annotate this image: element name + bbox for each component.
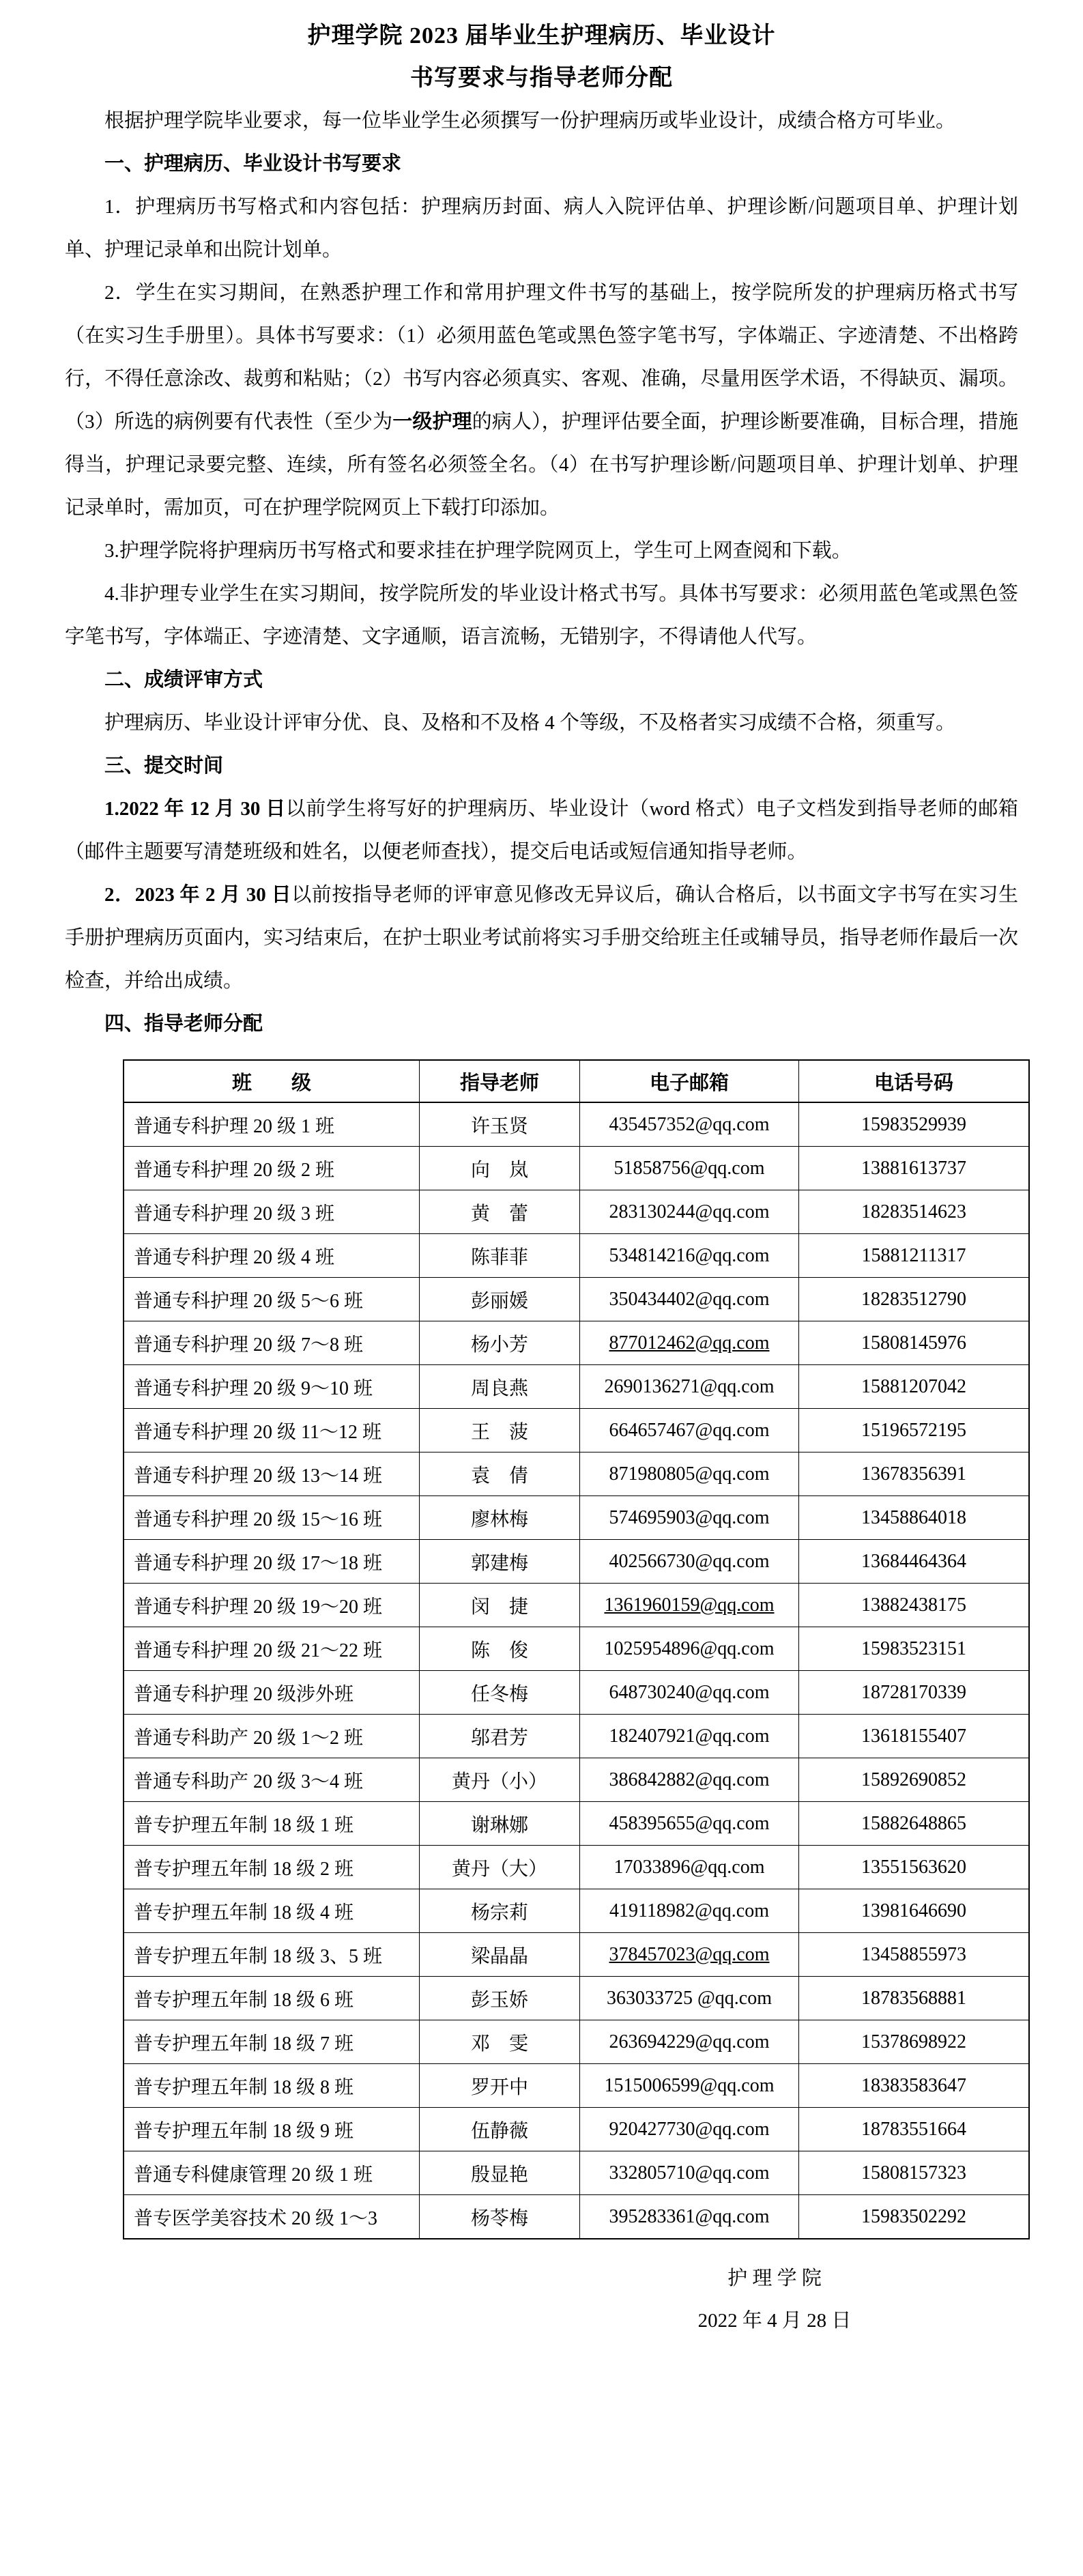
- table-row: 普通专科护理 20 级 17～18 班郭建梅402566730@qq.com13…: [124, 1540, 1029, 1584]
- email-cell: 534814216@qq.com: [580, 1234, 799, 1278]
- phone-cell: 18728170339: [799, 1671, 1030, 1715]
- phone-cell: 15808157323: [799, 2151, 1030, 2195]
- table-row: 普通专科护理 20 级 11～12 班王 菠664657467@qq.com15…: [124, 1409, 1029, 1452]
- email-cell: 920427730@qq.com: [580, 2108, 799, 2151]
- table-row: 普专医学美容技术 20 级 1～3杨苓梅395283361@qq.com1598…: [124, 2195, 1029, 2239]
- email-cell: 182407921@qq.com: [580, 1715, 799, 1758]
- document-title-line-1: 护理学院 2023 届毕业生护理病历、毕业设计: [65, 15, 1018, 57]
- class-cell: 普通专科护理 20 级 5～6 班: [124, 1278, 420, 1321]
- email-text: 458395655@qq.com: [609, 1813, 770, 1834]
- teacher-cell: 黄 蕾: [420, 1190, 580, 1234]
- email-link[interactable]: 877012462@qq.com: [609, 1332, 770, 1354]
- phone-cell: 15892690852: [799, 1758, 1030, 1802]
- table-row: 普专护理五年制 18 级 6 班彭玉娇363033725 @qq.com1878…: [124, 1977, 1029, 2020]
- submission-item-1: 1.2022 年 12 月 30 日以前学生将写好的护理病历、毕业设计（word…: [65, 788, 1018, 874]
- class-cell: 普专护理五年制 18 级 4 班: [124, 1889, 420, 1933]
- class-cell: 普专护理五年制 18 级 6 班: [124, 1977, 420, 2020]
- email-cell: 435457352@qq.com: [580, 1102, 799, 1147]
- teacher-cell: 袁 倩: [420, 1452, 580, 1496]
- phone-cell: 18783568881: [799, 1977, 1030, 2020]
- header-teacher: 指导老师: [420, 1060, 580, 1102]
- class-cell: 普专护理五年制 18 级 8 班: [124, 2064, 420, 2108]
- phone-cell: 15378698922: [799, 2020, 1030, 2064]
- header-row: 班 级 指导老师 电子邮箱 电话号码: [124, 1060, 1029, 1102]
- email-text: 263694229@qq.com: [609, 2031, 770, 2052]
- table-row: 普专护理五年制 18 级 7 班邓 雯263694229@qq.com15378…: [124, 2020, 1029, 2064]
- email-cell: 1361960159@qq.com: [580, 1584, 799, 1627]
- teacher-cell: 陈菲菲: [420, 1234, 580, 1278]
- email-link[interactable]: 378457023@qq.com: [609, 1944, 770, 1965]
- email-cell: 648730240@qq.com: [580, 1671, 799, 1715]
- phone-cell: 15881211317: [799, 1234, 1030, 1278]
- email-text: 664657467@qq.com: [609, 1420, 770, 1441]
- submission-item-1-date: 1.2022 年 12 月 30 日: [104, 798, 286, 820]
- teacher-cell: 周良燕: [420, 1365, 580, 1409]
- table-row: 普专护理五年制 18 级 9 班伍静薇920427730@qq.com18783…: [124, 2108, 1029, 2151]
- email-text: 1515006599@qq.com: [605, 2075, 775, 2096]
- class-cell: 普通专科护理 20 级 4 班: [124, 1234, 420, 1278]
- teacher-cell: 杨宗莉: [420, 1889, 580, 1933]
- email-cell: 402566730@qq.com: [580, 1540, 799, 1584]
- table-row: 普通专科护理 20 级涉外班任冬梅648730240@qq.com1872817…: [124, 1671, 1029, 1715]
- email-text: 419118982@qq.com: [609, 1900, 769, 1921]
- header-class: 班 级: [124, 1060, 420, 1102]
- teacher-cell: 闵 捷: [420, 1584, 580, 1627]
- teacher-table-body: 普通专科护理 20 级 1 班许玉贤435457352@qq.com159835…: [124, 1102, 1029, 2239]
- email-cell: 332805710@qq.com: [580, 2151, 799, 2195]
- table-row: 普通专科护理 20 级 4 班陈菲菲534814216@qq.com158812…: [124, 1234, 1029, 1278]
- email-text: 332805710@qq.com: [609, 2162, 770, 2184]
- phone-cell: 18383583647: [799, 2064, 1030, 2108]
- document-page: 护理学院 2023 届毕业生护理病历、毕业设计 书写要求与指导老师分配 根据护理…: [0, 0, 1083, 2576]
- class-cell: 普通专科护理 20 级涉外班: [124, 1671, 420, 1715]
- email-cell: 574695903@qq.com: [580, 1496, 799, 1540]
- email-text: 402566730@qq.com: [609, 1551, 770, 1572]
- teacher-table-header: 班 级 指导老师 电子邮箱 电话号码: [124, 1060, 1029, 1102]
- email-cell: 17033896@qq.com: [580, 1846, 799, 1889]
- intro-paragraph: 根据护理学院毕业要求，每一位毕业学生必须撰写一份护理病历或毕业设计，成绩合格方可…: [65, 100, 1018, 143]
- phone-cell: 15881207042: [799, 1365, 1030, 1409]
- section-heading-teacher-assignment: 四、指导老师分配: [65, 1003, 1018, 1046]
- class-cell: 普专护理五年制 18 级 1 班: [124, 1802, 420, 1846]
- table-row: 普专护理五年制 18 级 1 班谢琳娜458395655@qq.com15882…: [124, 1802, 1029, 1846]
- writing-item-4: 4.非护理专业学生在实习期间，按学院所发的毕业设计格式书写。具体书写要求：必须用…: [65, 573, 1018, 659]
- table-row: 普通专科护理 20 级 7～8 班杨小芳877012462@qq.com1580…: [124, 1321, 1029, 1365]
- table-row: 普通专科护理 20 级 21～22 班陈 俊1025954896@qq.com1…: [124, 1627, 1029, 1671]
- phone-cell: 13551563620: [799, 1846, 1030, 1889]
- email-text: 435457352@qq.com: [609, 1114, 770, 1135]
- email-text: 350434402@qq.com: [609, 1289, 770, 1310]
- class-cell: 普通专科健康管理 20 级 1 班: [124, 2151, 420, 2195]
- class-cell: 普通专科护理 20 级 21～22 班: [124, 1627, 420, 1671]
- section-heading-grading: 二、成绩评审方式: [65, 659, 1018, 702]
- teacher-cell: 许玉贤: [420, 1102, 580, 1147]
- class-cell: 普通专科护理 20 级 19～20 班: [124, 1584, 420, 1627]
- class-cell: 普通专科护理 20 级 7～8 班: [124, 1321, 420, 1365]
- writing-item-2: 2．学生在实习期间，在熟悉护理工作和常用护理文件书写的基础上，按学院所发的护理病…: [65, 272, 1018, 530]
- phone-cell: 13882438175: [799, 1584, 1030, 1627]
- header-phone: 电话号码: [799, 1060, 1030, 1102]
- table-row: 普专护理五年制 18 级 3、5 班梁晶晶378457023@qq.com134…: [124, 1933, 1029, 1977]
- class-cell: 普通专科护理 20 级 13～14 班: [124, 1452, 420, 1496]
- phone-cell: 15882648865: [799, 1802, 1030, 1846]
- teacher-cell: 黄丹（大）: [420, 1846, 580, 1889]
- email-text: 283130244@qq.com: [609, 1201, 770, 1222]
- phone-cell: 13678356391: [799, 1452, 1030, 1496]
- class-cell: 普通专科护理 20 级 17～18 班: [124, 1540, 420, 1584]
- email-text: 363033725 @qq.com: [607, 1988, 772, 2009]
- email-cell: 263694229@qq.com: [580, 2020, 799, 2064]
- teacher-cell: 杨苓梅: [420, 2195, 580, 2239]
- email-cell: 419118982@qq.com: [580, 1889, 799, 1933]
- teacher-cell: 任冬梅: [420, 1671, 580, 1715]
- email-cell: 877012462@qq.com: [580, 1321, 799, 1365]
- writing-item-2-text: 2．学生在实习期间，在熟悉护理工作和常用护理文件书写的基础上，按学院所发的护理病…: [65, 282, 1018, 433]
- teacher-cell: 杨小芳: [420, 1321, 580, 1365]
- table-row: 普通专科护理 20 级 5～6 班彭丽媛350434402@qq.com1828…: [124, 1278, 1029, 1321]
- table-row: 普通专科护理 20 级 1 班许玉贤435457352@qq.com159835…: [124, 1102, 1029, 1147]
- table-row: 普通专科助产 20 级 1～2 班邬君芳182407921@qq.com1361…: [124, 1715, 1029, 1758]
- email-cell: 51858756@qq.com: [580, 1147, 799, 1190]
- email-text: 1025954896@qq.com: [605, 1638, 775, 1659]
- section-heading-submission: 三、提交时间: [65, 745, 1018, 788]
- phone-cell: 15983523151: [799, 1627, 1030, 1671]
- teacher-cell: 黄丹（小）: [420, 1758, 580, 1802]
- class-cell: 普专护理五年制 18 级 7 班: [124, 2020, 420, 2064]
- table-row: 普通专科护理 20 级 19～20 班闵 捷1361960159@qq.com1…: [124, 1584, 1029, 1627]
- email-text: 648730240@qq.com: [609, 1682, 770, 1703]
- submission-item-2-date: 2．2023 年 2 月 30 日: [104, 884, 291, 906]
- class-cell: 普通专科护理 20 级 1 班: [124, 1102, 420, 1147]
- class-cell: 普通专科助产 20 级 1～2 班: [124, 1715, 420, 1758]
- class-cell: 普通专科护理 20 级 15～16 班: [124, 1496, 420, 1540]
- class-cell: 普通专科护理 20 级 9～10 班: [124, 1365, 420, 1409]
- header-email: 电子邮箱: [580, 1060, 799, 1102]
- class-cell: 普专护理五年制 18 级 2 班: [124, 1846, 420, 1889]
- grading-paragraph: 护理病历、毕业设计评审分优、良、及格和不及格 4 个等级，不及格者实习成绩不合格…: [65, 702, 1018, 745]
- phone-cell: 13881613737: [799, 1147, 1030, 1190]
- phone-cell: 18283514623: [799, 1190, 1030, 1234]
- teacher-cell: 彭丽媛: [420, 1278, 580, 1321]
- class-cell: 普通专科助产 20 级 3～4 班: [124, 1758, 420, 1802]
- email-text: 2690136271@qq.com: [605, 1376, 775, 1397]
- email-text: 51858756@qq.com: [614, 1158, 765, 1179]
- email-text: 920427730@qq.com: [609, 2119, 770, 2140]
- document-footer: 护 理 学 院 2022 年 4 月 28 日: [65, 2257, 1018, 2342]
- table-row: 普通专科护理 20 级 13～14 班袁 倩871980805@qq.com13…: [124, 1452, 1029, 1496]
- submission-item-2: 2．2023 年 2 月 30 日以前按指导老师的评审意见修改无异议后，确认合格…: [65, 874, 1018, 1003]
- phone-cell: 15808145976: [799, 1321, 1030, 1365]
- table-row: 普通专科护理 20 级 9～10 班周良燕2690136271@qq.com15…: [124, 1365, 1029, 1409]
- table-row: 普专护理五年制 18 级 2 班黄丹（大）17033896@qq.com1355…: [124, 1846, 1029, 1889]
- table-row: 普通专科护理 20 级 15～16 班廖林梅574695903@qq.com13…: [124, 1496, 1029, 1540]
- email-link[interactable]: 1361960159@qq.com: [605, 1594, 775, 1616]
- teacher-cell: 王 菠: [420, 1409, 580, 1452]
- email-cell: 386842882@qq.com: [580, 1758, 799, 1802]
- writing-item-3: 3.护理学院将护理病历书写格式和要求挂在护理学院网页上，学生可上网查阅和下载。: [65, 530, 1018, 573]
- table-row: 普通专科护理 20 级 3 班黄 蕾283130244@qq.com182835…: [124, 1190, 1029, 1234]
- phone-cell: 15196572195: [799, 1409, 1030, 1452]
- teacher-cell: 梁晶晶: [420, 1933, 580, 1977]
- phone-cell: 13981646690: [799, 1889, 1030, 1933]
- footer-date: 2022 年 4 月 28 日: [631, 2300, 918, 2342]
- teacher-cell: 向 岚: [420, 1147, 580, 1190]
- phone-cell: 15983502292: [799, 2195, 1030, 2239]
- phone-cell: 15983529939: [799, 1102, 1030, 1147]
- table-row: 普通专科健康管理 20 级 1 班殷显艳332805710@qq.com1580…: [124, 2151, 1029, 2195]
- email-cell: 378457023@qq.com: [580, 1933, 799, 1977]
- email-cell: 664657467@qq.com: [580, 1409, 799, 1452]
- teacher-assignment-table: 班 级 指导老师 电子邮箱 电话号码 普通专科护理 20 级 1 班许玉贤435…: [123, 1059, 1030, 2239]
- writing-item-1: 1．护理病历书写格式和内容包括：护理病历封面、病人入院评估单、护理诊断/问题项目…: [65, 186, 1018, 272]
- email-cell: 871980805@qq.com: [580, 1452, 799, 1496]
- footer-organization: 护 理 学 院: [631, 2257, 918, 2300]
- teacher-cell: 谢琳娜: [420, 1802, 580, 1846]
- table-row: 普通专科助产 20 级 3～4 班黄丹（小）386842882@qq.com15…: [124, 1758, 1029, 1802]
- email-cell: 395283361@qq.com: [580, 2195, 799, 2239]
- teacher-cell: 陈 俊: [420, 1627, 580, 1671]
- email-cell: 1515006599@qq.com: [580, 2064, 799, 2108]
- email-cell: 363033725 @qq.com: [580, 1977, 799, 2020]
- phone-cell: 18783551664: [799, 2108, 1030, 2151]
- teacher-cell: 殷显艳: [420, 2151, 580, 2195]
- email-cell: 350434402@qq.com: [580, 1278, 799, 1321]
- teacher-cell: 罗开中: [420, 2064, 580, 2108]
- email-cell: 2690136271@qq.com: [580, 1365, 799, 1409]
- teacher-cell: 廖林梅: [420, 1496, 580, 1540]
- table-row: 普专护理五年制 18 级 4 班杨宗莉419118982@qq.com13981…: [124, 1889, 1029, 1933]
- teacher-cell: 彭玉娇: [420, 1977, 580, 2020]
- teacher-cell: 伍静薇: [420, 2108, 580, 2151]
- section-heading-writing-requirements: 一、护理病历、毕业设计书写要求: [65, 143, 1018, 186]
- email-text: 534814216@qq.com: [609, 1245, 770, 1266]
- email-text: 574695903@qq.com: [609, 1507, 770, 1528]
- email-text: 395283361@qq.com: [609, 2206, 770, 2227]
- class-cell: 普专医学美容技术 20 级 1～3: [124, 2195, 420, 2239]
- phone-cell: 13618155407: [799, 1715, 1030, 1758]
- class-cell: 普通专科护理 20 级 2 班: [124, 1147, 420, 1190]
- email-text: 182407921@qq.com: [609, 1726, 770, 1747]
- class-cell: 普专护理五年制 18 级 9 班: [124, 2108, 420, 2151]
- document-title-line-2: 书写要求与指导老师分配: [65, 57, 1018, 100]
- phone-cell: 13458855973: [799, 1933, 1030, 1977]
- email-text: 17033896@qq.com: [614, 1857, 765, 1878]
- email-text: 871980805@qq.com: [609, 1463, 770, 1485]
- class-cell: 普通专科护理 20 级 11～12 班: [124, 1409, 420, 1452]
- teacher-cell: 郭建梅: [420, 1540, 580, 1584]
- teacher-cell: 邬君芳: [420, 1715, 580, 1758]
- table-row: 普专护理五年制 18 级 8 班罗开中1515006599@qq.com1838…: [124, 2064, 1029, 2108]
- class-cell: 普通专科护理 20 级 3 班: [124, 1190, 420, 1234]
- phone-cell: 18283512790: [799, 1278, 1030, 1321]
- phone-cell: 13458864018: [799, 1496, 1030, 1540]
- table-row: 普通专科护理 20 级 2 班向 岚51858756@qq.com1388161…: [124, 1147, 1029, 1190]
- email-cell: 283130244@qq.com: [580, 1190, 799, 1234]
- document-body: 根据护理学院毕业要求，每一位毕业学生必须撰写一份护理病历或毕业设计，成绩合格方可…: [65, 100, 1018, 1046]
- email-cell: 1025954896@qq.com: [580, 1627, 799, 1671]
- phone-cell: 13684464364: [799, 1540, 1030, 1584]
- email-cell: 458395655@qq.com: [580, 1802, 799, 1846]
- teacher-cell: 邓 雯: [420, 2020, 580, 2064]
- class-cell: 普专护理五年制 18 级 3、5 班: [124, 1933, 420, 1977]
- writing-item-2-bold: 一级护理: [392, 411, 472, 433]
- email-text: 386842882@qq.com: [609, 1769, 770, 1790]
